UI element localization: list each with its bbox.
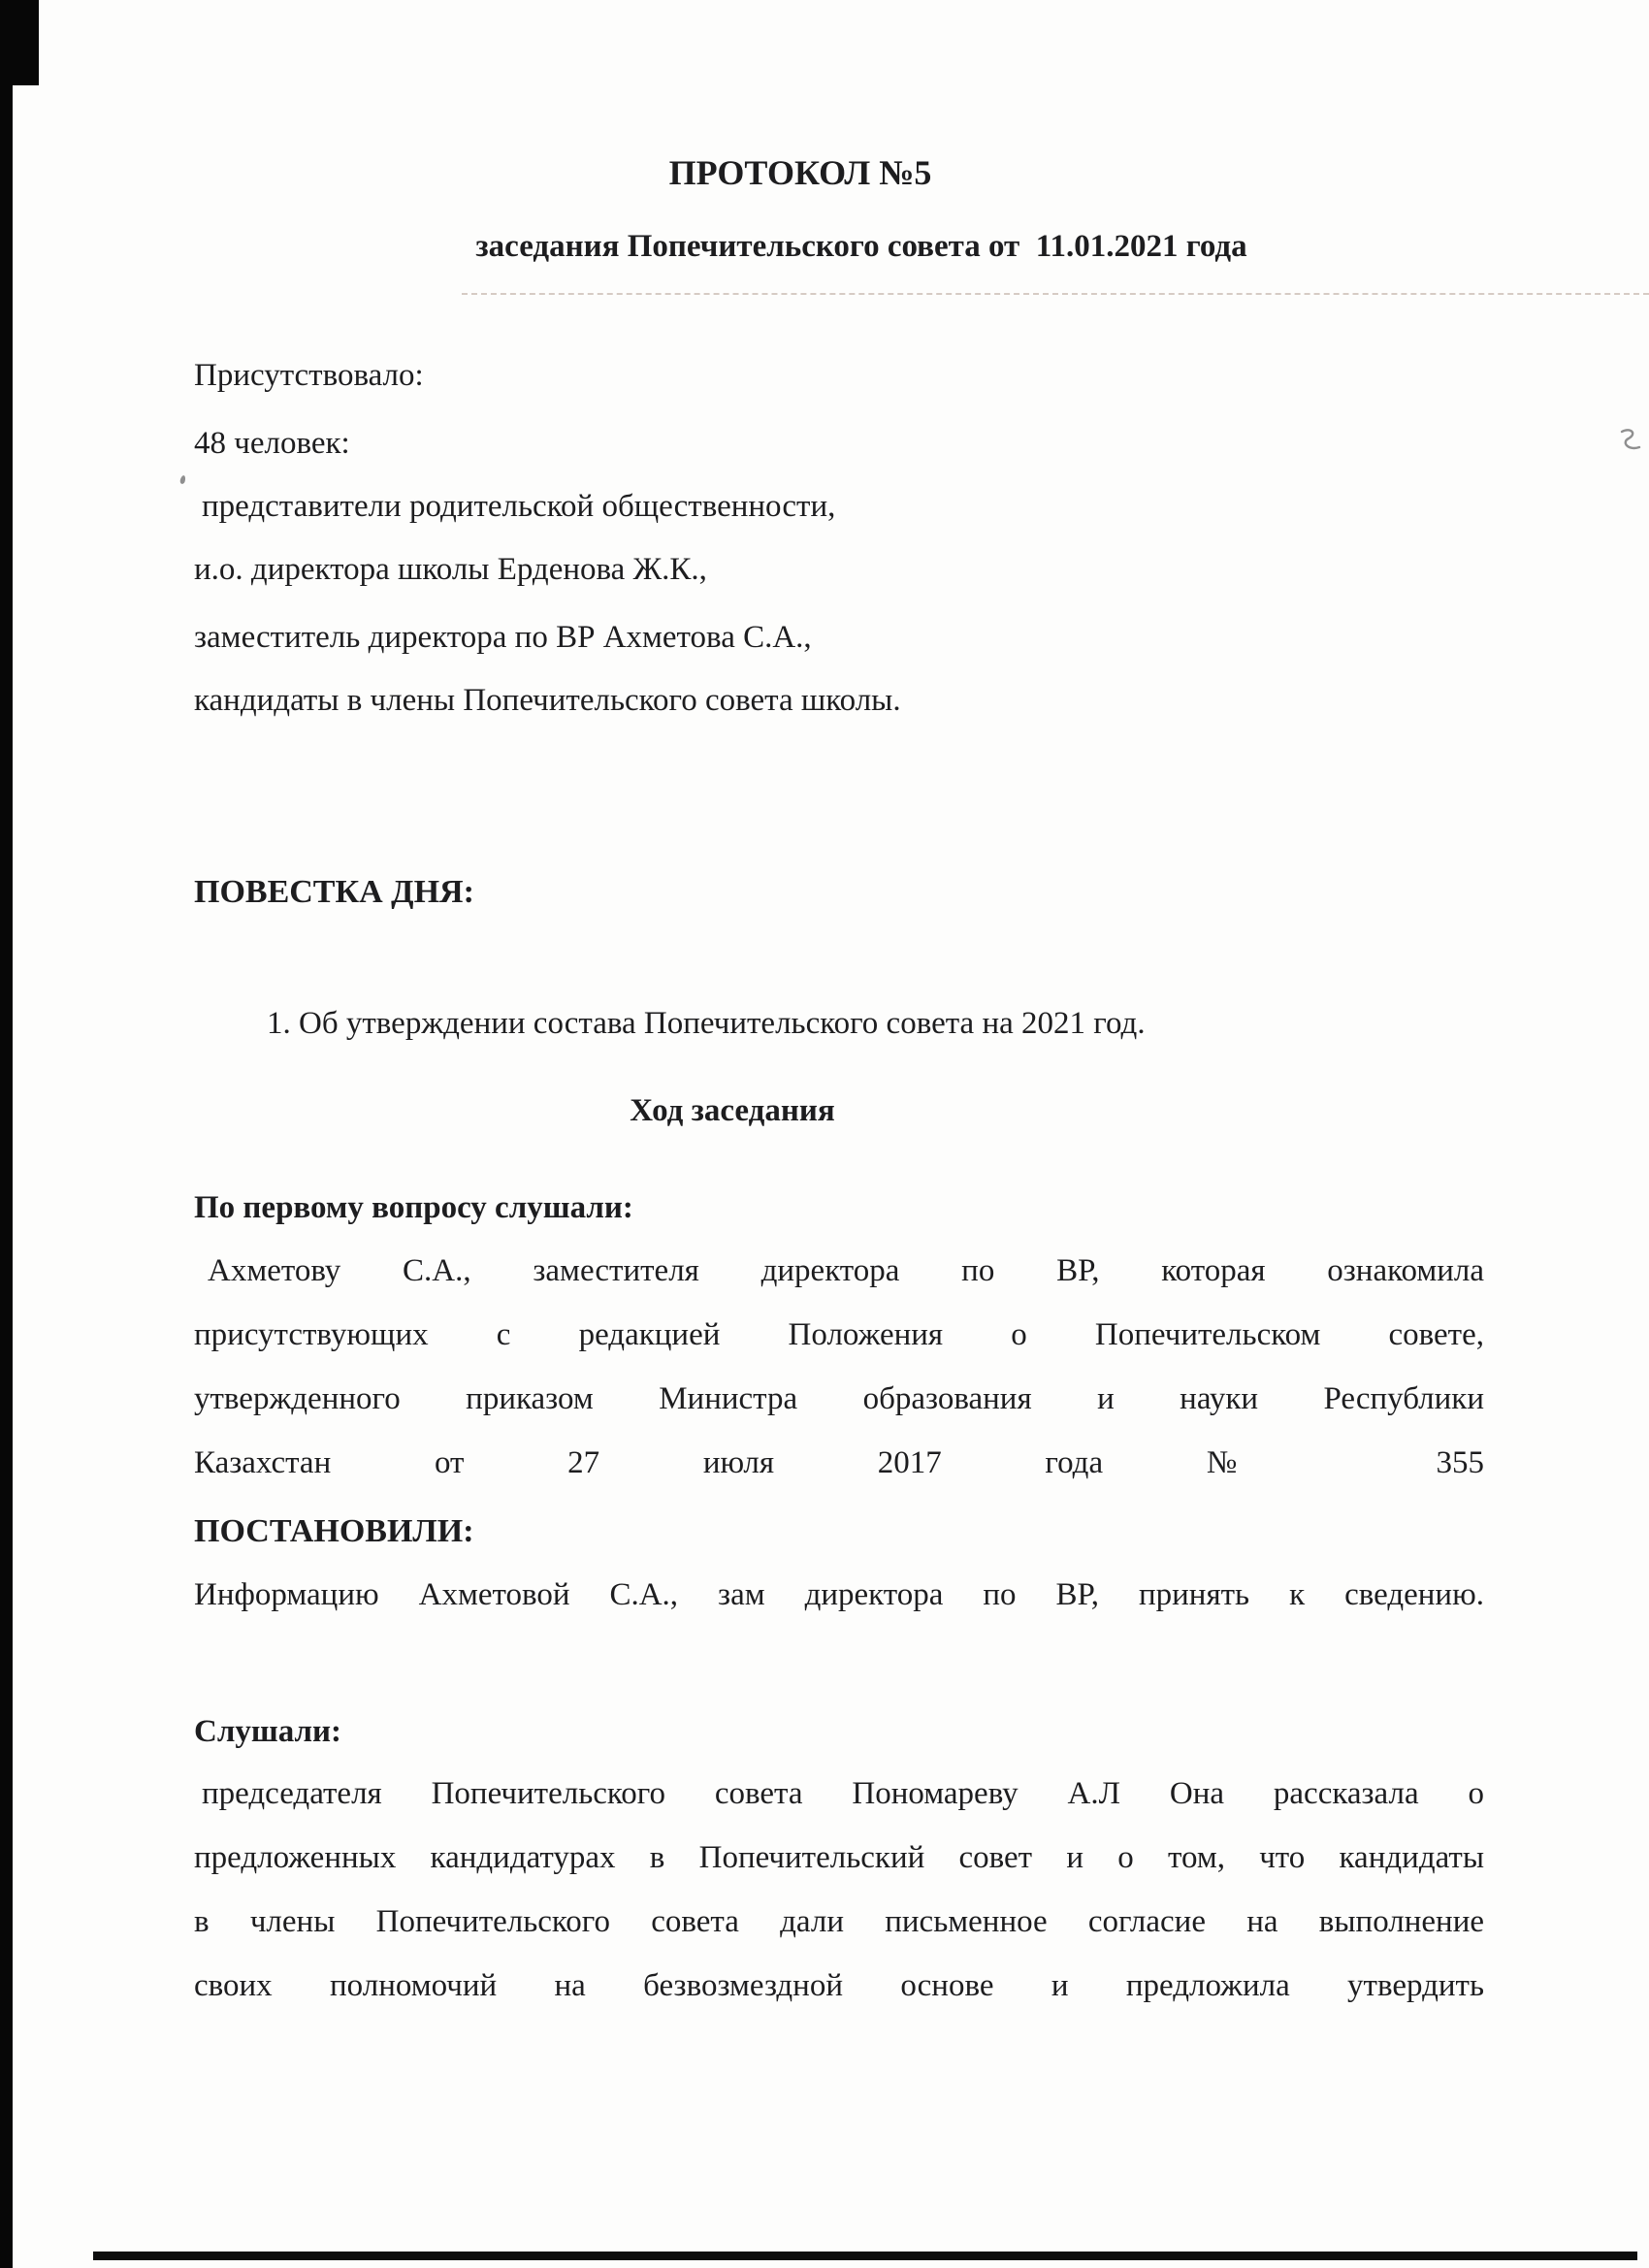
first-question-heading: По первому вопросу слушали: — [194, 1176, 1484, 1240]
left-edge-scan-artifact — [0, 0, 13, 2268]
attendee-line: заместитель директора по ВР Ахметова С.А… — [194, 605, 1484, 669]
attendee-line: и.о. директора школы Ерденова Ж.К., — [194, 537, 1484, 601]
bottom-edge-scan-artifact — [93, 2252, 1637, 2260]
paragraph-line: предложенных кандидатурах в Попечительск… — [194, 1826, 1484, 1890]
agenda-item: 1. Об утверждении состава Попечительског… — [194, 991, 1484, 1055]
paragraph-line: в члены Попечительского совета дали пись… — [194, 1890, 1484, 1954]
ink-speck-artifact — [179, 475, 186, 485]
proceedings-heading: Ход заседания — [194, 1079, 1484, 1143]
resolution-line: Информацию Ахметовой С.А., зам директора… — [194, 1563, 1484, 1627]
attendance-count: 48 человек: — [194, 411, 1484, 475]
paragraph-line: Ахметову С.А., заместителя директора по … — [194, 1239, 1484, 1303]
paragraph-line: своих полномочий на безвозмездной основе… — [194, 1954, 1484, 2018]
document-subtitle: заседания Попечительского совета от 11.0… — [194, 219, 1484, 274]
second-listened-heading: Слушали: — [194, 1700, 1484, 1764]
paragraph-line: председателя Попечительского совета Поно… — [194, 1762, 1484, 1826]
agenda-heading: ПОВЕСТКА ДНЯ: — [194, 860, 1484, 924]
paragraph-line: Казахстан от 27 июля 2017 года № 355 — [194, 1431, 1484, 1495]
top-left-edge-scan-artifact — [0, 0, 39, 85]
first-question-paragraph: Ахметову С.А., заместителя директора по … — [194, 1239, 1484, 1495]
subtitle-dotted-rule — [462, 293, 1649, 295]
paragraph-line: утвержденного приказом Министра образова… — [194, 1367, 1484, 1431]
attendance-label: Присутствовало: — [194, 343, 1484, 407]
attendee-line: представители родительской общественност… — [194, 474, 1484, 538]
second-listened-paragraph: председателя Попечительского совета Поно… — [194, 1762, 1484, 2018]
scanned-document-page: ПРОТОКОЛ №5 заседания Попечительского со… — [0, 0, 1649, 2268]
document-title: ПРОТОКОЛ №5 — [194, 146, 1484, 200]
attendee-line: кандидаты в члены Попечительского совета… — [194, 668, 1484, 732]
margin-pen-tick-icon — [1618, 425, 1643, 456]
paragraph-line: присутствующих с редакцией Положения о П… — [194, 1303, 1484, 1367]
resolution-heading: ПОСТАНОВИЛИ: — [194, 1500, 1484, 1564]
